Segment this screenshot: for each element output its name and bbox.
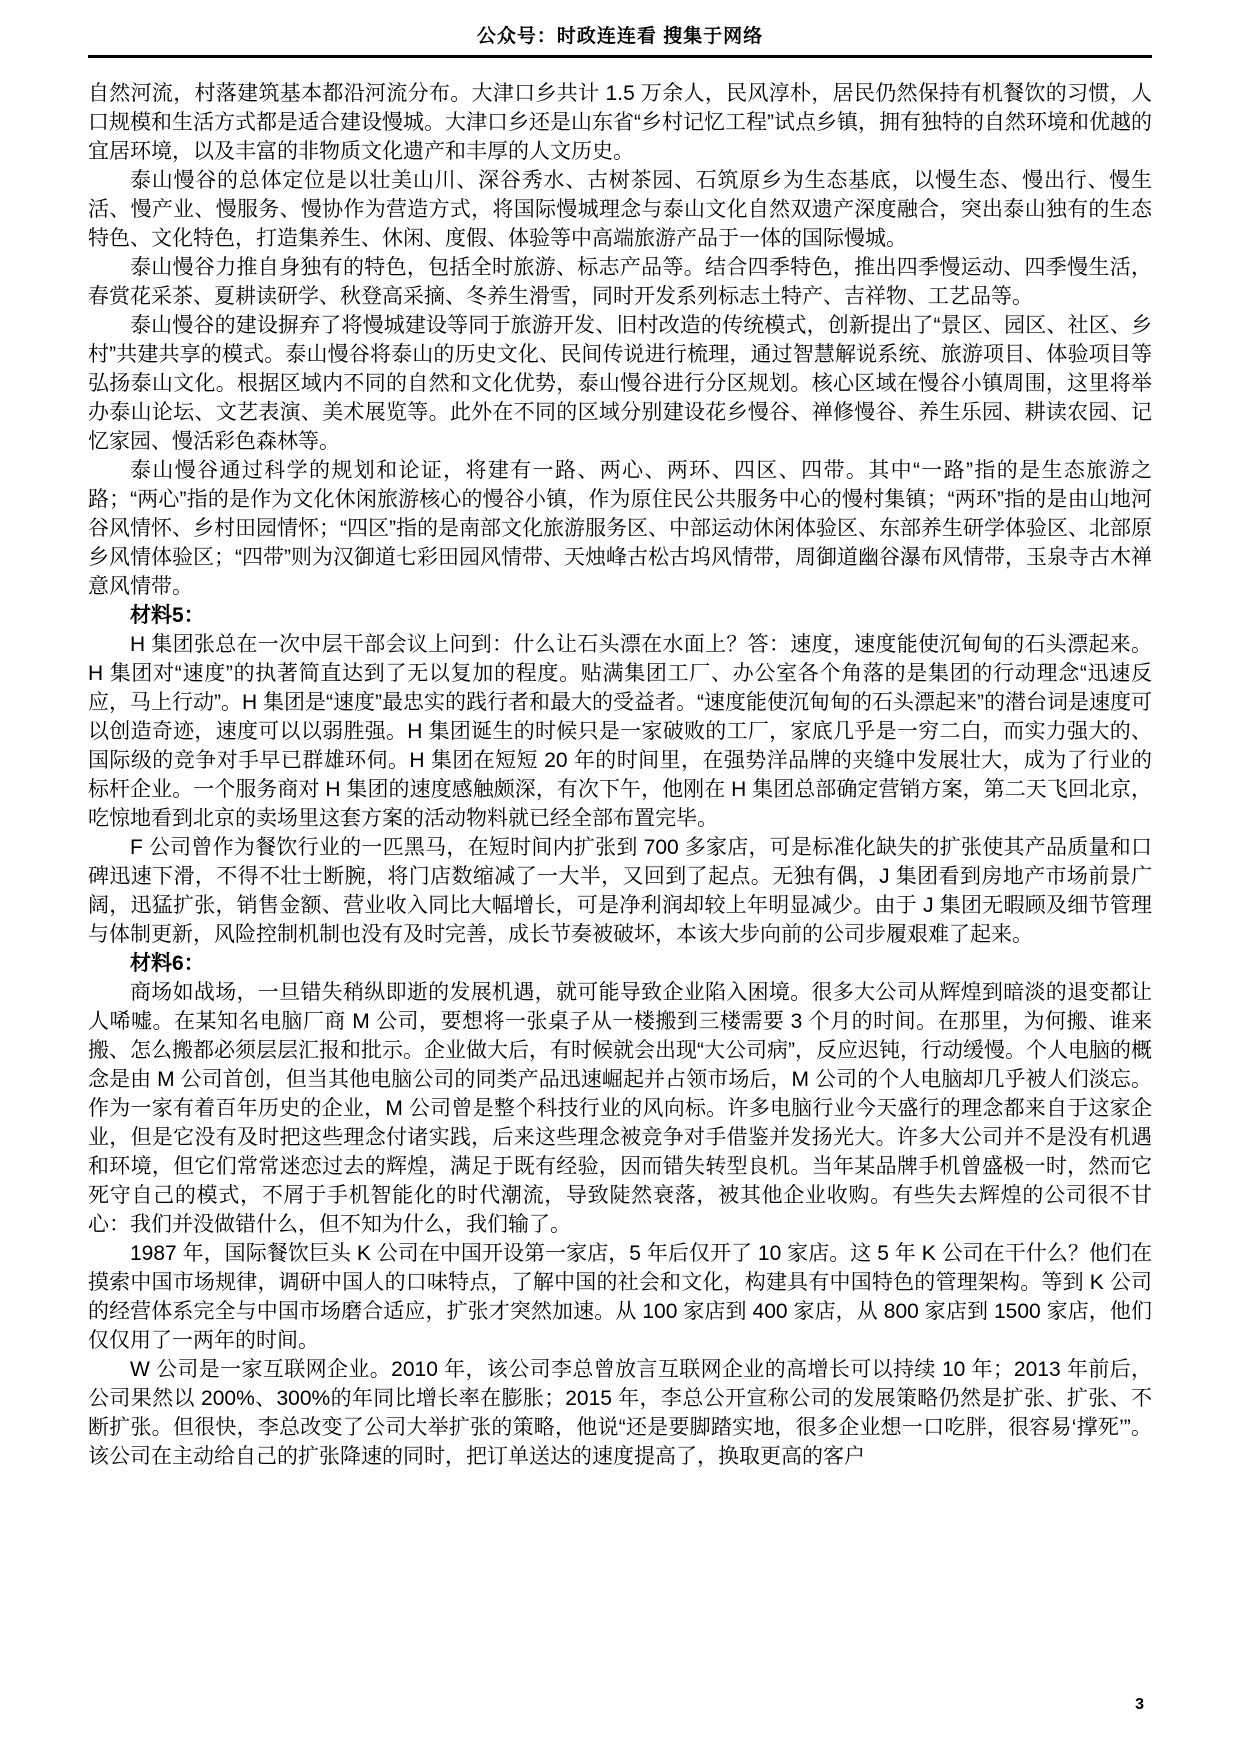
document-body: 自然河流，村落建筑基本都沿河流分布。大津口乡共计 1.5 万余人，民风淳朴，居民… <box>88 79 1152 1471</box>
paragraph: 1987 年，国际餐饮巨头 K 公司在中国开设第一家店，5 年后仅开了 10 家… <box>88 1239 1152 1355</box>
paragraph: 泰山慢谷的总体定位是以壮美山川、深谷秀水、古树茶园、石筑原乡为生态基底，以慢生态… <box>88 166 1152 253</box>
paragraph: 泰山慢谷的建设摒弃了将慢城建设等同于旅游开发、旧村改造的传统模式，创新提出了“景… <box>88 311 1152 456</box>
material-heading: 材料6： <box>88 949 1152 978</box>
page-number: 3 <box>1135 1696 1144 1714</box>
paragraph: 商场如战场，一旦错失稍纵即逝的发展机遇，就可能导致企业陷入困境。很多大公司从辉煌… <box>88 978 1152 1239</box>
paragraph: F 公司曾作为餐饮行业的一匹黑马，在短时间内扩张到 700 多家店，可是标准化缺… <box>88 833 1152 949</box>
document-page: 公众号：时政连连看 搜集于网络 自然河流，村落建筑基本都沿河流分布。大津口乡共计… <box>0 0 1240 1754</box>
paragraph: W 公司是一家互联网企业。2010 年，该公司李总曾放言互联网企业的高增长可以持… <box>88 1355 1152 1471</box>
paragraph: 泰山慢谷力推自身独有的特色，包括全时旅游、标志产品等。结合四季特色，推出四季慢运… <box>88 253 1152 311</box>
header-title: 公众号：时政连连看 搜集于网络 <box>0 0 1240 48</box>
paragraph: H 集团张总在一次中层干部会议上问到：什么让石头漂在水面上？答：速度，速度能使沉… <box>88 630 1152 833</box>
header-divider <box>88 55 1152 58</box>
paragraph: 泰山慢谷通过科学的规划和论证，将建有一路、两心、两环、四区、四带。其中“一路”指… <box>88 456 1152 601</box>
page-header: 公众号：时政连连看 搜集于网络 <box>0 0 1240 58</box>
paragraph: 自然河流，村落建筑基本都沿河流分布。大津口乡共计 1.5 万余人，民风淳朴，居民… <box>88 79 1152 166</box>
material-heading: 材料5： <box>88 601 1152 630</box>
